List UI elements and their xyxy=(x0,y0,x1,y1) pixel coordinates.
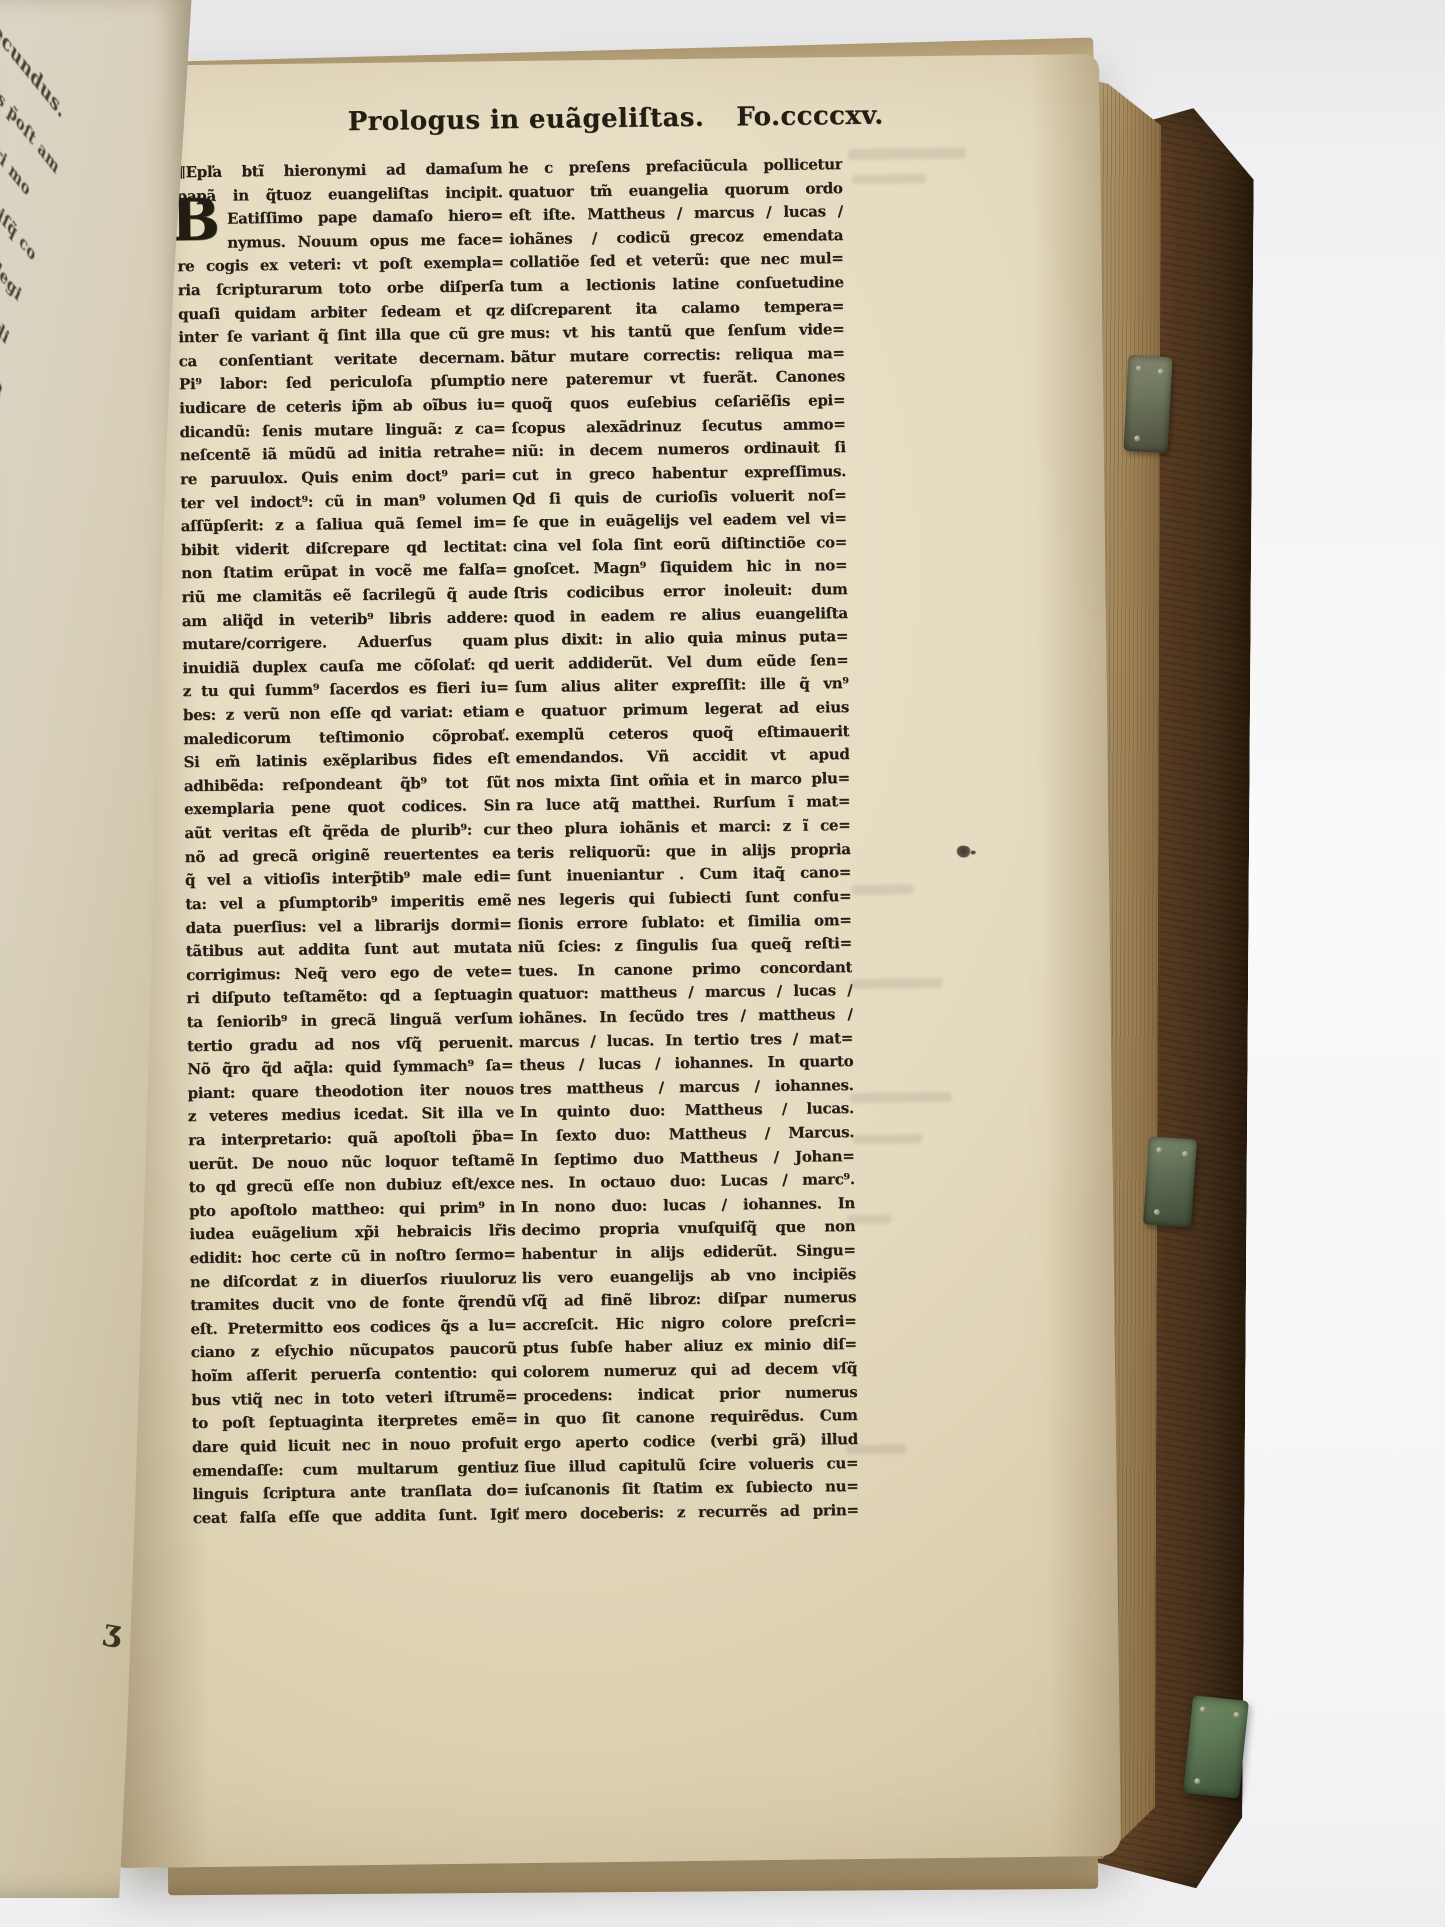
clasp-middle xyxy=(1143,1136,1197,1227)
text-line: tãtibus aut addita ſunt aut mutata xyxy=(186,936,512,964)
text-line: cut in greco habentur expreſſimus. xyxy=(512,460,846,488)
folio-number: Fo.ccccxv. xyxy=(736,101,884,133)
text-line: ¶Epľa btĩ hieronymi ad damaſum xyxy=(176,157,502,185)
ink-squiggle: ʒ xyxy=(101,1613,124,1650)
bleedthrough-mark xyxy=(852,1134,922,1144)
text-line: re paruulox. Quis enim doct⁹ pari= xyxy=(180,464,506,492)
ink-speck xyxy=(957,846,972,858)
text-line: e quatuor primum legerat ad eius xyxy=(515,696,849,724)
bleedthrough-mark xyxy=(850,1092,952,1103)
text-line: hoĩm aſſerit peruerſa contentio: qui xyxy=(191,1361,517,1389)
running-title: Prologus in euãgeliſtas. xyxy=(348,103,705,137)
text-line: habentur in alijs ediderũt. Singu= xyxy=(521,1239,855,1267)
text-line: nes legeris qui ſubiecti ſunt confu= xyxy=(517,885,851,913)
previous-page-text: ſecundus.nouis p̃oſt ambus dari motemplũ… xyxy=(0,0,160,804)
clasp-bottom xyxy=(1183,1695,1249,1798)
text-line: dare quid licuit nec in nouo profuit xyxy=(192,1432,518,1460)
text-line: aũt veritas eſt q̃rẽda de plurib⁹: cur xyxy=(184,818,510,846)
bleedthrough-mark xyxy=(850,978,942,989)
text-line: riũ me clamitãs eẽ ſacrilegũ q̃ aude xyxy=(181,582,507,610)
text-line: ta ſeniorib⁹ in grecã linguã verſum xyxy=(187,1007,513,1035)
text-line: iudicare de ceteris ip̃m ab oĩbus iu= xyxy=(179,393,505,421)
bleedthrough-mark xyxy=(852,174,926,184)
bleedthrough-mark xyxy=(848,148,966,160)
text-line: ergo aperto codice (verbi grã) illud xyxy=(524,1428,858,1456)
text-line: ria ſcripturarum toto orbe diſperſa xyxy=(178,275,504,303)
text-column-left: ¶Epľa btĩ hieronymi ad damaſumpapã in q̃… xyxy=(176,157,519,1539)
bleedthrough-mark xyxy=(851,884,913,895)
text-line: tum a lectionis latine conſuetudine xyxy=(510,271,844,299)
bleedthrough-mark xyxy=(846,1444,906,1454)
clasp-top xyxy=(1124,355,1173,453)
text-line: bes: z verũ non eſſe qd variat: etiam xyxy=(183,700,509,728)
text-line: iohãnes. In ſecũdo tres / mattheus / xyxy=(519,1003,853,1031)
page-header: Prologus in euãgeliſtas.Fo.ccccxv. xyxy=(348,101,884,138)
text-line: ſtris codicibus error inoleuit: dum xyxy=(513,578,847,606)
text-line: edidit: hoc certe cũ in noſtro ſermo= xyxy=(189,1243,515,1271)
text-line: ta: vel a pſumptorib⁹ imperitis emẽ xyxy=(185,889,511,917)
text-line: he c preſens prefaciũcula pollicetur xyxy=(508,153,842,181)
bleedthrough-mark xyxy=(847,1215,891,1225)
text-column-right: he c preſens prefaciũcula polliceturquat… xyxy=(508,153,859,1535)
text-line: In ſexto duo: Mattheus / Marcus. xyxy=(520,1121,854,1149)
text-line: ceat falſa eſſe que addita ſunt. Igiť xyxy=(193,1503,519,1531)
text-line: ra interpretario: quã apoſtoli p̃ba= xyxy=(188,1125,514,1153)
book-page: Prologus in euãgeliſtas.Fo.ccccxv. B ¶Ep… xyxy=(95,54,1121,1868)
photo-backdrop: Prologus in euãgeliſtas.Fo.ccccxv. B ¶Ep… xyxy=(0,0,1445,1927)
text-line: mero doceberis: z recurrẽs ad prin= xyxy=(525,1499,859,1527)
